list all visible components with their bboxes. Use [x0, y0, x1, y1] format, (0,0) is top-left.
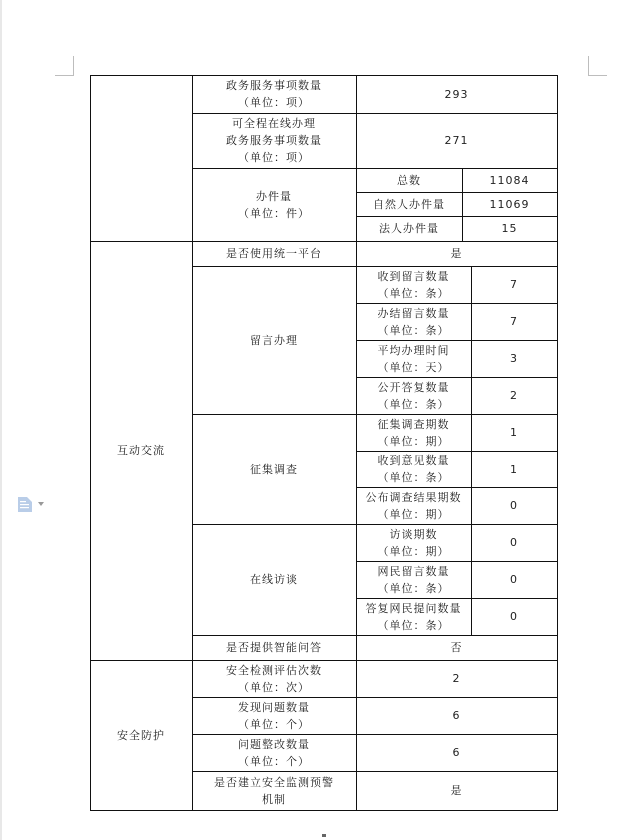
- row-label: 是否提供智能问答: [192, 635, 356, 660]
- sub-value: 7: [471, 266, 557, 303]
- group-label: 留言办理: [192, 266, 356, 414]
- section-label: 互动交流: [90, 241, 192, 660]
- sub-value: 0: [471, 487, 557, 524]
- sub-value: 0: [471, 561, 557, 598]
- table-rule: [90, 75, 91, 811]
- table-rule: [90, 660, 558, 661]
- table-rule: [356, 192, 558, 193]
- sub-value: 1: [471, 414, 557, 451]
- table-rule: [90, 241, 558, 242]
- chevron-down-icon[interactable]: [38, 502, 44, 506]
- table-rule: [192, 168, 558, 169]
- sub-label: 平均办理时间 （单位：天）: [356, 340, 471, 377]
- sub-value: 0: [471, 598, 557, 635]
- table-rule: [90, 810, 558, 811]
- row-label: 发现问题数量 （单位：个）: [192, 697, 356, 734]
- table-rule: [356, 75, 357, 811]
- table-rule: [356, 303, 558, 304]
- row-label: 是否建立安全监测预警 机制: [192, 771, 356, 810]
- table-rule: [192, 771, 558, 772]
- table-rule: [557, 75, 558, 811]
- sub-value: 3: [471, 340, 557, 377]
- section-label: 安全防护: [90, 660, 192, 810]
- sub-label: 访谈期数 （单位：期）: [356, 524, 471, 561]
- sub-label: 公开答复数量 （单位：条）: [356, 377, 471, 414]
- sub-label: 办结留言数量 （单位：条）: [356, 303, 471, 340]
- group-label: 在线访谈: [192, 524, 356, 635]
- table-rule: [192, 697, 558, 698]
- row-value: 是: [356, 241, 557, 266]
- table-rule: [90, 75, 558, 76]
- sub-label: 收到意见数量 （单位：条）: [356, 451, 471, 487]
- window-edge: [0, 0, 2, 840]
- sub-label: 公布调查结果期数 （单位：期）: [356, 487, 471, 524]
- row-value: 是: [356, 771, 557, 810]
- table-rule: [192, 414, 558, 415]
- sub-value: 0: [471, 524, 557, 561]
- table-rule: [356, 598, 558, 599]
- row-label: 问题整改数量 （单位：个）: [192, 734, 356, 771]
- sub-label: 收到留言数量 （单位：条）: [356, 266, 471, 303]
- table-rule: [462, 168, 463, 242]
- crop-mark-left-h: [55, 75, 74, 76]
- row-label: 安全检测评估次数 （单位：次）: [192, 660, 356, 697]
- sub-value: 1: [471, 451, 557, 487]
- sub-value: 2: [471, 377, 557, 414]
- sub-value: 11069: [462, 192, 557, 216]
- table-rule: [192, 734, 558, 735]
- crop-mark-left-v: [73, 56, 74, 76]
- sub-label: 网民留言数量 （单位：条）: [356, 561, 471, 598]
- table-rule: [356, 377, 558, 378]
- table-rule: [192, 266, 558, 267]
- table-rule: [192, 113, 558, 114]
- row-value: 271: [356, 113, 557, 168]
- sub-label: 征集调查期数 （单位：期）: [356, 414, 471, 451]
- sub-label: 总数: [356, 168, 462, 192]
- row-label: 办件量 （单位：件）: [192, 168, 356, 241]
- row-value: 6: [356, 734, 557, 771]
- table-rule: [192, 635, 558, 636]
- row-label: 政务服务事项数量 （单位：项）: [192, 75, 356, 113]
- table-rule: [192, 75, 193, 811]
- row-value: 6: [356, 697, 557, 734]
- document-icon[interactable]: [18, 497, 32, 512]
- row-value: 2: [356, 660, 557, 697]
- crop-mark-right-h: [588, 75, 607, 76]
- row-value: 否: [356, 635, 557, 660]
- table-rule: [356, 487, 558, 488]
- sub-label: 自然人办件量: [356, 192, 462, 216]
- sub-label: 法人办件量: [356, 216, 462, 241]
- row-label: 可全程在线办理 政务服务事项数量 （单位：项）: [192, 113, 356, 168]
- sub-value: 7: [471, 303, 557, 340]
- sub-value: 15: [462, 216, 557, 241]
- row-label: 是否使用统一平台: [192, 241, 356, 266]
- page-mark: [322, 834, 326, 837]
- table-rule: [356, 340, 558, 341]
- table-rule: [356, 216, 558, 217]
- row-value: 293: [356, 75, 557, 113]
- crop-mark-right-v: [588, 56, 589, 76]
- sub-value: 11084: [462, 168, 557, 192]
- table-rule: [356, 451, 558, 452]
- table-rule: [192, 524, 558, 525]
- group-label: 征集调查: [192, 414, 356, 524]
- sub-label: 答复网民提问数量 （单位：条）: [356, 598, 471, 635]
- table-rule: [356, 561, 558, 562]
